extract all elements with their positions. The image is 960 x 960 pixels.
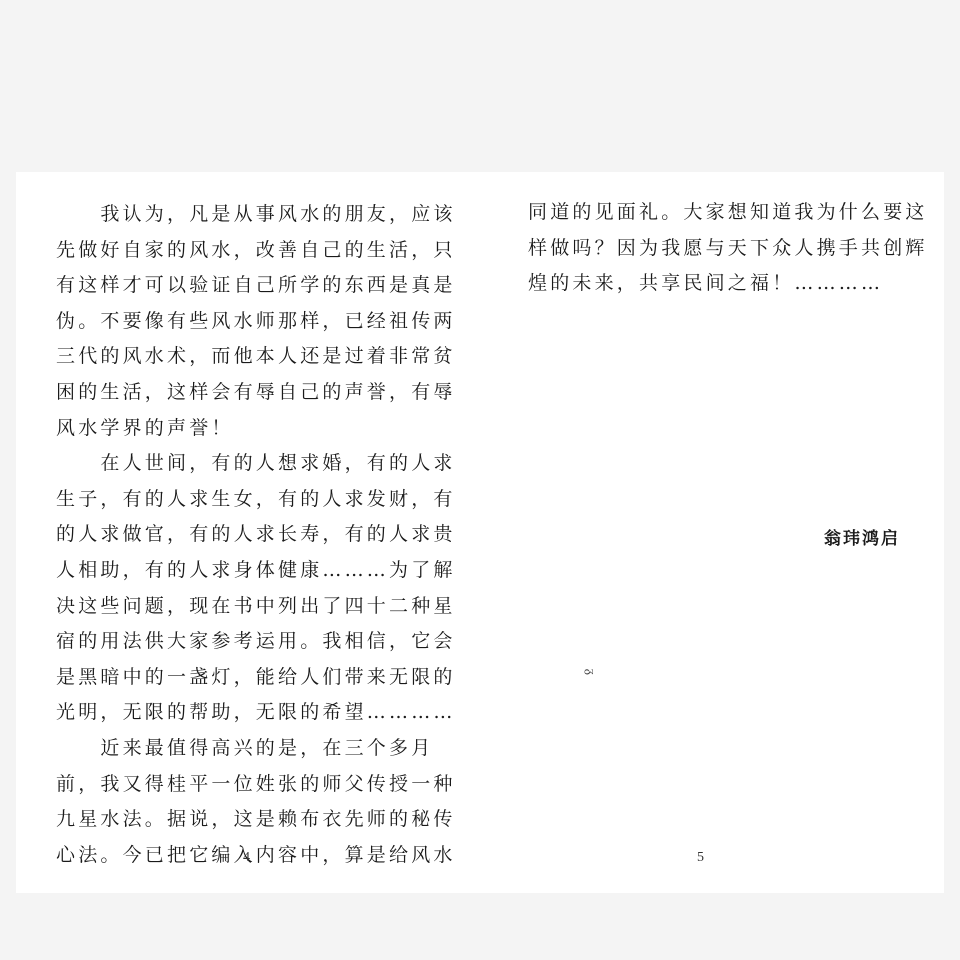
- text-line: 光明，无限的帮助，无限的希望…………: [56, 695, 456, 731]
- text-line: 人相助，有的人求身体健康………为了解: [56, 553, 456, 589]
- page-number: 5: [697, 850, 704, 866]
- left-page: 我认为，凡是从事风水的朋友，应该 先做好自家的风水，改善自己的生活，只 有这样才…: [16, 172, 480, 893]
- text-line: 宿的用法供大家参考运用。我相信，它会: [56, 624, 456, 660]
- page-number: 4: [243, 850, 250, 866]
- stray-print-mark: ᵹ: [583, 669, 599, 675]
- text-line: 是黑暗中的一盏灯，能给人们带来无限的: [56, 660, 456, 696]
- text-line: 生子，有的人求生女，有的人求发财，有: [56, 482, 456, 518]
- text-line: 在人世间，有的人想求婚，有的人求: [56, 446, 456, 482]
- text-line: 风水学界的声誉！: [56, 411, 456, 447]
- right-page: 同道的见面礼。大家想知道我为什么要这 样做吗？因为我愿与天下众人携手共创辉 煌的…: [480, 172, 944, 893]
- text-line: 有这样才可以验证自己所学的东西是真是: [56, 268, 456, 304]
- text-line: 先做好自家的风水，改善自己的生活，只: [56, 233, 456, 269]
- left-page-body: 我认为，凡是从事风水的朋友，应该 先做好自家的风水，改善自己的生活，只 有这样才…: [56, 197, 456, 873]
- author-signature: 翁玮鸿启: [824, 524, 900, 549]
- text-line: 三代的风水术，而他本人还是过着非常贫: [56, 339, 456, 375]
- text-line: 决这些问题，现在书中列出了四十二种星: [56, 589, 456, 625]
- text-line: 困的生活，这样会有辱自己的声誉，有辱: [56, 375, 456, 411]
- text-line: 近来最值得高兴的是，在三个多月: [56, 731, 456, 767]
- text-line: 的人求做官，有的人求长寿，有的人求贵: [56, 517, 456, 553]
- text-line: 伪。不要像有些风水师那样，已经祖传两: [56, 304, 456, 340]
- right-page-body: 同道的见面礼。大家想知道我为什么要这 样做吗？因为我愿与天下众人携手共创辉 煌的…: [528, 195, 928, 302]
- text-line: 前，我又得桂平一位姓张的师父传授一种: [56, 767, 456, 803]
- text-line: 煌的未来，共享民间之福！…………: [528, 266, 928, 302]
- text-line: 样做吗？因为我愿与天下众人携手共创辉: [528, 231, 928, 267]
- text-line: 心法。今已把它编入内容中，算是给风水: [56, 838, 456, 874]
- book-spread: 我认为，凡是从事风水的朋友，应该 先做好自家的风水，改善自己的生活，只 有这样才…: [16, 172, 944, 893]
- text-line: 九星水法。据说，这是赖布衣先师的秘传: [56, 802, 456, 838]
- text-line: 我认为，凡是从事风水的朋友，应该: [56, 197, 456, 233]
- text-line: 同道的见面礼。大家想知道我为什么要这: [528, 195, 928, 231]
